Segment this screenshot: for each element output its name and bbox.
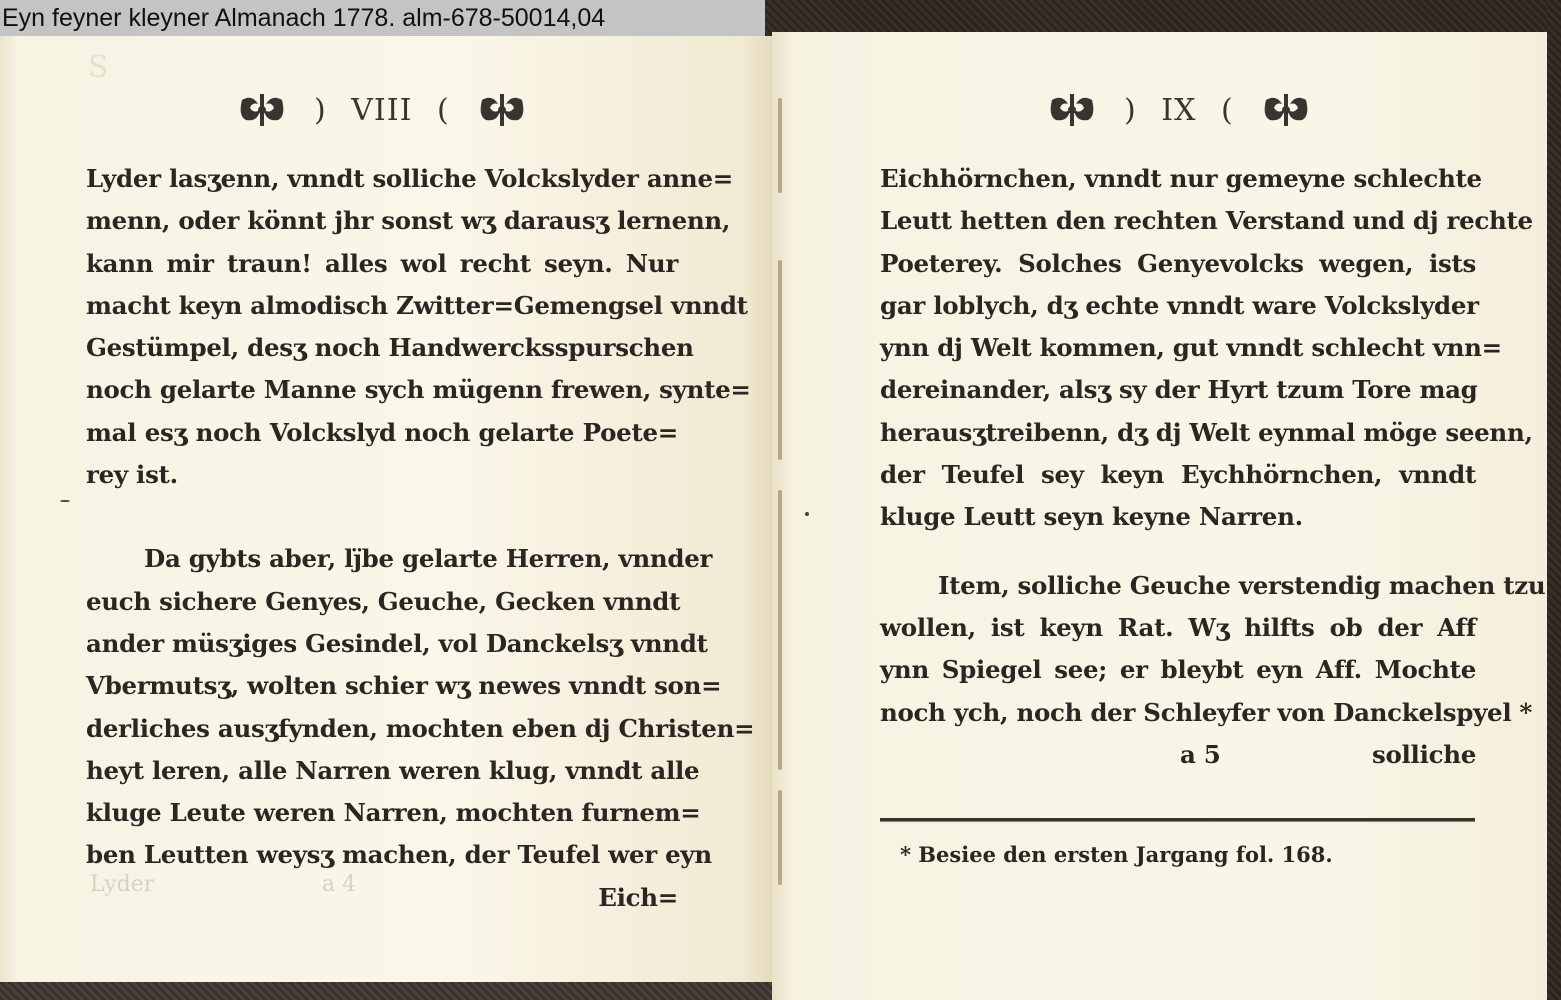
text-line: gar loblych, dʒ echte vnndt ware Volcksl… <box>880 285 1476 327</box>
text-line: menn, oder könnt jhr sonst wʒ darausʒ le… <box>86 200 678 242</box>
paragraph: Lyder lasʒenn, vnndt solliche Volckslyde… <box>86 158 678 496</box>
text-line: Gestümpel, desʒ noch Handwercksspurschen <box>86 327 678 369</box>
catchword: Eich= <box>86 877 678 919</box>
folio-paren-open: ) <box>1124 93 1137 128</box>
image-caption: Eyn feyner kleyner Almanach 1778. alm-67… <box>0 0 765 36</box>
bleed-through-mark: S <box>88 50 109 85</box>
ornament-icon <box>1262 92 1310 128</box>
signature-mark: a 5 <box>1180 734 1221 776</box>
text-line: heyt leren, alle Narren weren klug, vnnd… <box>86 750 678 792</box>
text-line: kluge Leutt seyn keyne Narren. <box>880 496 1476 538</box>
bleed-through-signature: a 4 <box>322 872 356 897</box>
text-line: Da gybts aber, lj̈be gelarte Herren, vnn… <box>86 538 678 580</box>
right-page-header: ) IX ( <box>1048 92 1310 128</box>
binding-thread <box>778 490 782 770</box>
ink-mark <box>60 500 70 502</box>
signature-line: a 5 solliche <box>880 734 1476 776</box>
text-line: herausʒtreibenn, dʒ dj Welt eynmal möge … <box>880 412 1476 454</box>
ink-mark <box>805 512 809 516</box>
paragraph: Item, solliche Geuche verstendig machen … <box>880 565 1476 734</box>
text-line: Item, solliche Geuche verstendig machen … <box>880 565 1476 607</box>
text-line: ynn Spiegel see; er bleybt eyn Aff. Moch… <box>880 649 1476 691</box>
ornament-icon <box>1048 92 1096 128</box>
ornament-icon <box>478 92 526 128</box>
text-line: wollen, ist keyn Rat. Wʒ hilfts ob der A… <box>880 607 1476 649</box>
text-line: derliches ausʒfynden, mochten eben dj Ch… <box>86 708 678 750</box>
text-line: kluge Leute weren Narren, mochten furnem… <box>86 792 678 834</box>
text-line: ben Leutten weysʒ machen, der Teufel wer… <box>86 834 678 876</box>
text-line: der Teufel sey keyn Eychhörnchen, vnndt <box>880 454 1476 496</box>
text-line: ander müsʒiges Gesindel, vol Danckelsʒ v… <box>86 623 678 665</box>
paragraph: Eichhörnchen, vnndt nur gemeyne schlecht… <box>880 158 1476 539</box>
text-line: mal esʒ noch Volckslyd noch gelarte Poet… <box>86 412 678 454</box>
book-cover-bottom-edge <box>0 982 790 1000</box>
folio-paren-close: ( <box>437 93 450 128</box>
text-line: Leutt hetten den rechten Verstand und dj… <box>880 200 1476 242</box>
text-line: rey ist. <box>86 454 678 496</box>
text-line: Vbermutsʒ, wolten schier wʒ newes vnndt … <box>86 665 678 707</box>
left-page-text: Lyder lasʒenn, vnndt solliche Volckslyde… <box>86 158 678 919</box>
catchword: solliche <box>1372 734 1476 776</box>
right-page-text: Eichhörnchen, vnndt nur gemeyne schlecht… <box>880 158 1476 776</box>
text-line: dereinander, alsʒ sy der Hyrt tzum Tore … <box>880 369 1476 411</box>
folio-paren-close: ( <box>1221 93 1234 128</box>
text-line: euch sichere Genyes, Geuche, Gecken vnnd… <box>86 581 678 623</box>
text-line: Eichhörnchen, vnndt nur gemeyne schlecht… <box>880 158 1476 200</box>
page-number: IX <box>1161 93 1196 128</box>
text-line: kann mir traun! alles wol recht seyn. Nu… <box>86 243 678 285</box>
binding-thread <box>778 260 782 460</box>
folio-paren-open: ) <box>314 93 327 128</box>
text-line: Lyder lasʒenn, vnndt solliche Volckslyde… <box>86 158 678 200</box>
footnote-rule <box>880 818 1475 822</box>
footnote: * Besiee den ersten Jargang fol. 168. <box>900 842 1333 867</box>
left-page-header: ) VIII ( <box>238 92 526 128</box>
binding-thread <box>778 98 782 193</box>
text-line: noch gelarte Manne sych mügenn frewen, s… <box>86 369 678 411</box>
text-line: noch ych, noch der Schleyfer von Danckel… <box>880 692 1476 734</box>
text-line: macht keyn almodisch Zwitter=Gemengsel v… <box>86 285 678 327</box>
page-number: VIII <box>351 93 412 128</box>
bleed-through-catchword: Lyder <box>90 872 154 897</box>
ornament-icon <box>238 92 286 128</box>
text-line: ynn dj Welt kommen, gut vnndt schlecht v… <box>880 327 1476 369</box>
paragraph: Da gybts aber, lj̈be gelarte Herren, vnn… <box>86 538 678 876</box>
binding-gutter <box>770 90 792 920</box>
book-cover-right-edge <box>1547 0 1561 1000</box>
text-line: Poeterey. Solches Genyevolcks wegen, ist… <box>880 243 1476 285</box>
binding-thread <box>778 790 782 885</box>
